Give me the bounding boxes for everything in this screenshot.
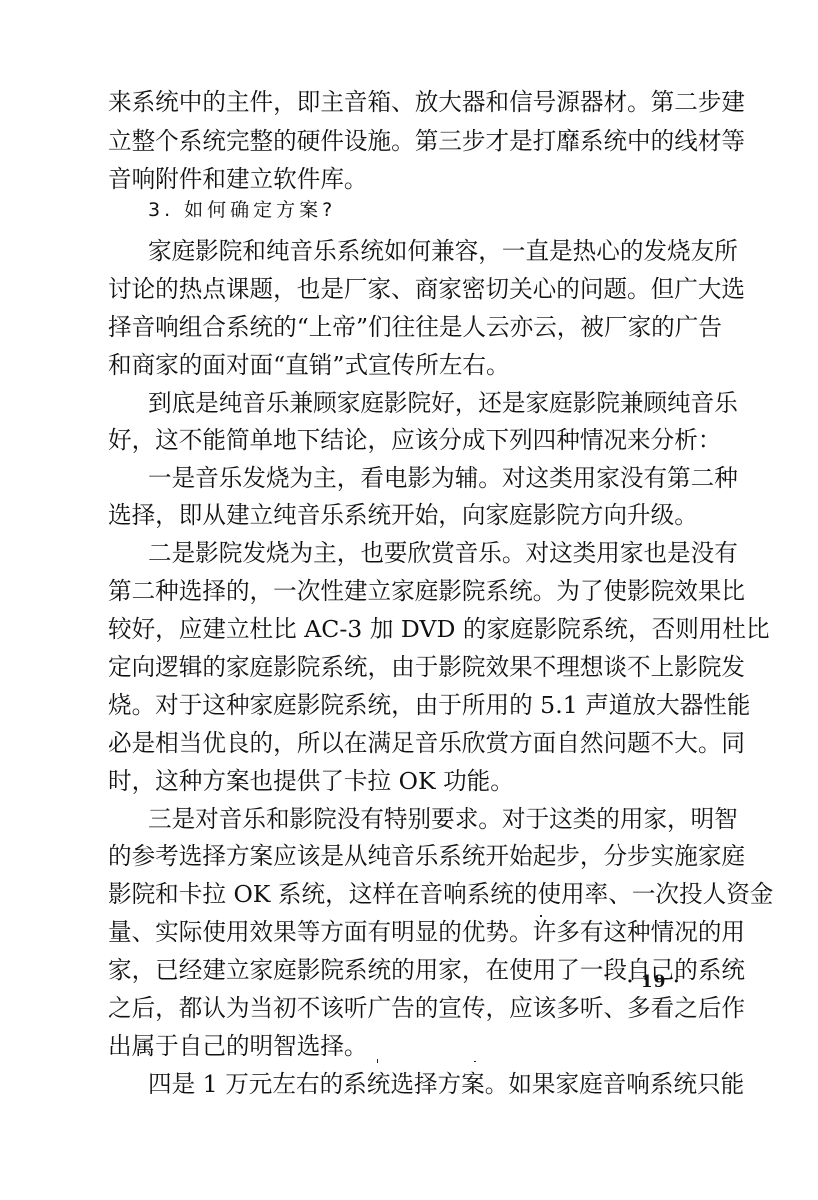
- scan-speck: [540, 915, 542, 917]
- text-line: 讨论的热点课题，也是厂家、商家密切关心的问题。但广大选: [108, 274, 714, 304]
- text-line: 时，这种方案也提供了卡拉 OK 功能。: [108, 766, 714, 796]
- text-line: 量、实际使用效果等方面有明显的优势。许多有这种情况的用: [108, 917, 714, 947]
- text-line: 定向逻辑的家庭影院系统，由于影院效果不理想谈不上影院发: [108, 652, 714, 682]
- document-page: 来系统中的主件，即主音箱、放大器和信号源器材。第二步建立整个系统完整的硬件设施。…: [0, 0, 818, 1200]
- text-line: 选择，即从建立纯音乐系统开始，向家庭影院方向升级。: [108, 500, 714, 530]
- text-line: 二是影院发烧为主，也要欣赏音乐。对这类用家也是没有: [148, 538, 714, 568]
- scan-speck: [474, 1061, 476, 1062]
- text-line: 家庭影院和纯音乐系统如何兼容，一直是热心的发烧友所: [148, 236, 714, 266]
- text-line: 好，这不能简单地下结论，应该分成下列四种情况来分析：: [108, 425, 714, 455]
- text-line: 必是相当优良的，所以在满足音乐欣赏方面自然问题不大。同: [108, 728, 714, 758]
- text-line: 四是 1 万元左右的系统选择方案。如果家庭音响系统只能: [148, 1069, 714, 1099]
- text-line: 第二种选择的，一次性建立家庭影院系统。为了使影院效果比: [108, 576, 714, 606]
- text-line: 音响附件和建立软件库。: [108, 164, 714, 194]
- text-line: 到底是纯音乐兼顾家庭影院好，还是家庭影院兼顾纯音乐: [148, 388, 714, 418]
- text-line: 和商家的面对面“直销”式宣传所左右。: [108, 350, 714, 380]
- section-heading: 3. 如何确定方案?: [148, 197, 336, 223]
- text-line: 三是对音乐和影院没有特别要求。对于这类的用家，明智: [148, 804, 714, 834]
- text-line: 烧。对于这种家庭影院系统，由于所用的 5.1 声道放大器性能: [108, 690, 714, 720]
- text-line: 的参考选择方案应该是从纯音乐系统开始起步，分步实施家庭: [108, 841, 714, 871]
- text-line: 来系统中的主件，即主音箱、放大器和信号源器材。第二步建: [108, 87, 714, 117]
- text-line: 择音响组合系统的“上帝”们往往是人云亦云，被厂家的广告: [108, 312, 714, 342]
- scan-speck: [377, 1059, 378, 1063]
- text-line: 之后，都认为当初不该听广告的宣传，应该多听、多看之后作: [108, 993, 714, 1023]
- text-line: 一是音乐发烧为主，看电影为辅。对这类用家没有第二种: [148, 463, 714, 493]
- text-line: 出属于自己的明智选择。: [108, 1031, 714, 1061]
- text-line: 家，已经建立家庭影院系统的用家，在使用了一段自己的系统: [108, 955, 714, 985]
- text-line: 较好，应建立杜比 AC-3 加 DVD 的家庭影院系统，否则用杜比: [108, 614, 714, 644]
- text-line: 影院和卡拉 OK 系统，这样在音响系统的使用率、一次投人资金: [108, 879, 714, 909]
- page-number: · 19 ·: [627, 972, 680, 992]
- text-line: 立整个系统完整的硬件设施。第三步才是打靡系统中的线材等: [108, 126, 714, 156]
